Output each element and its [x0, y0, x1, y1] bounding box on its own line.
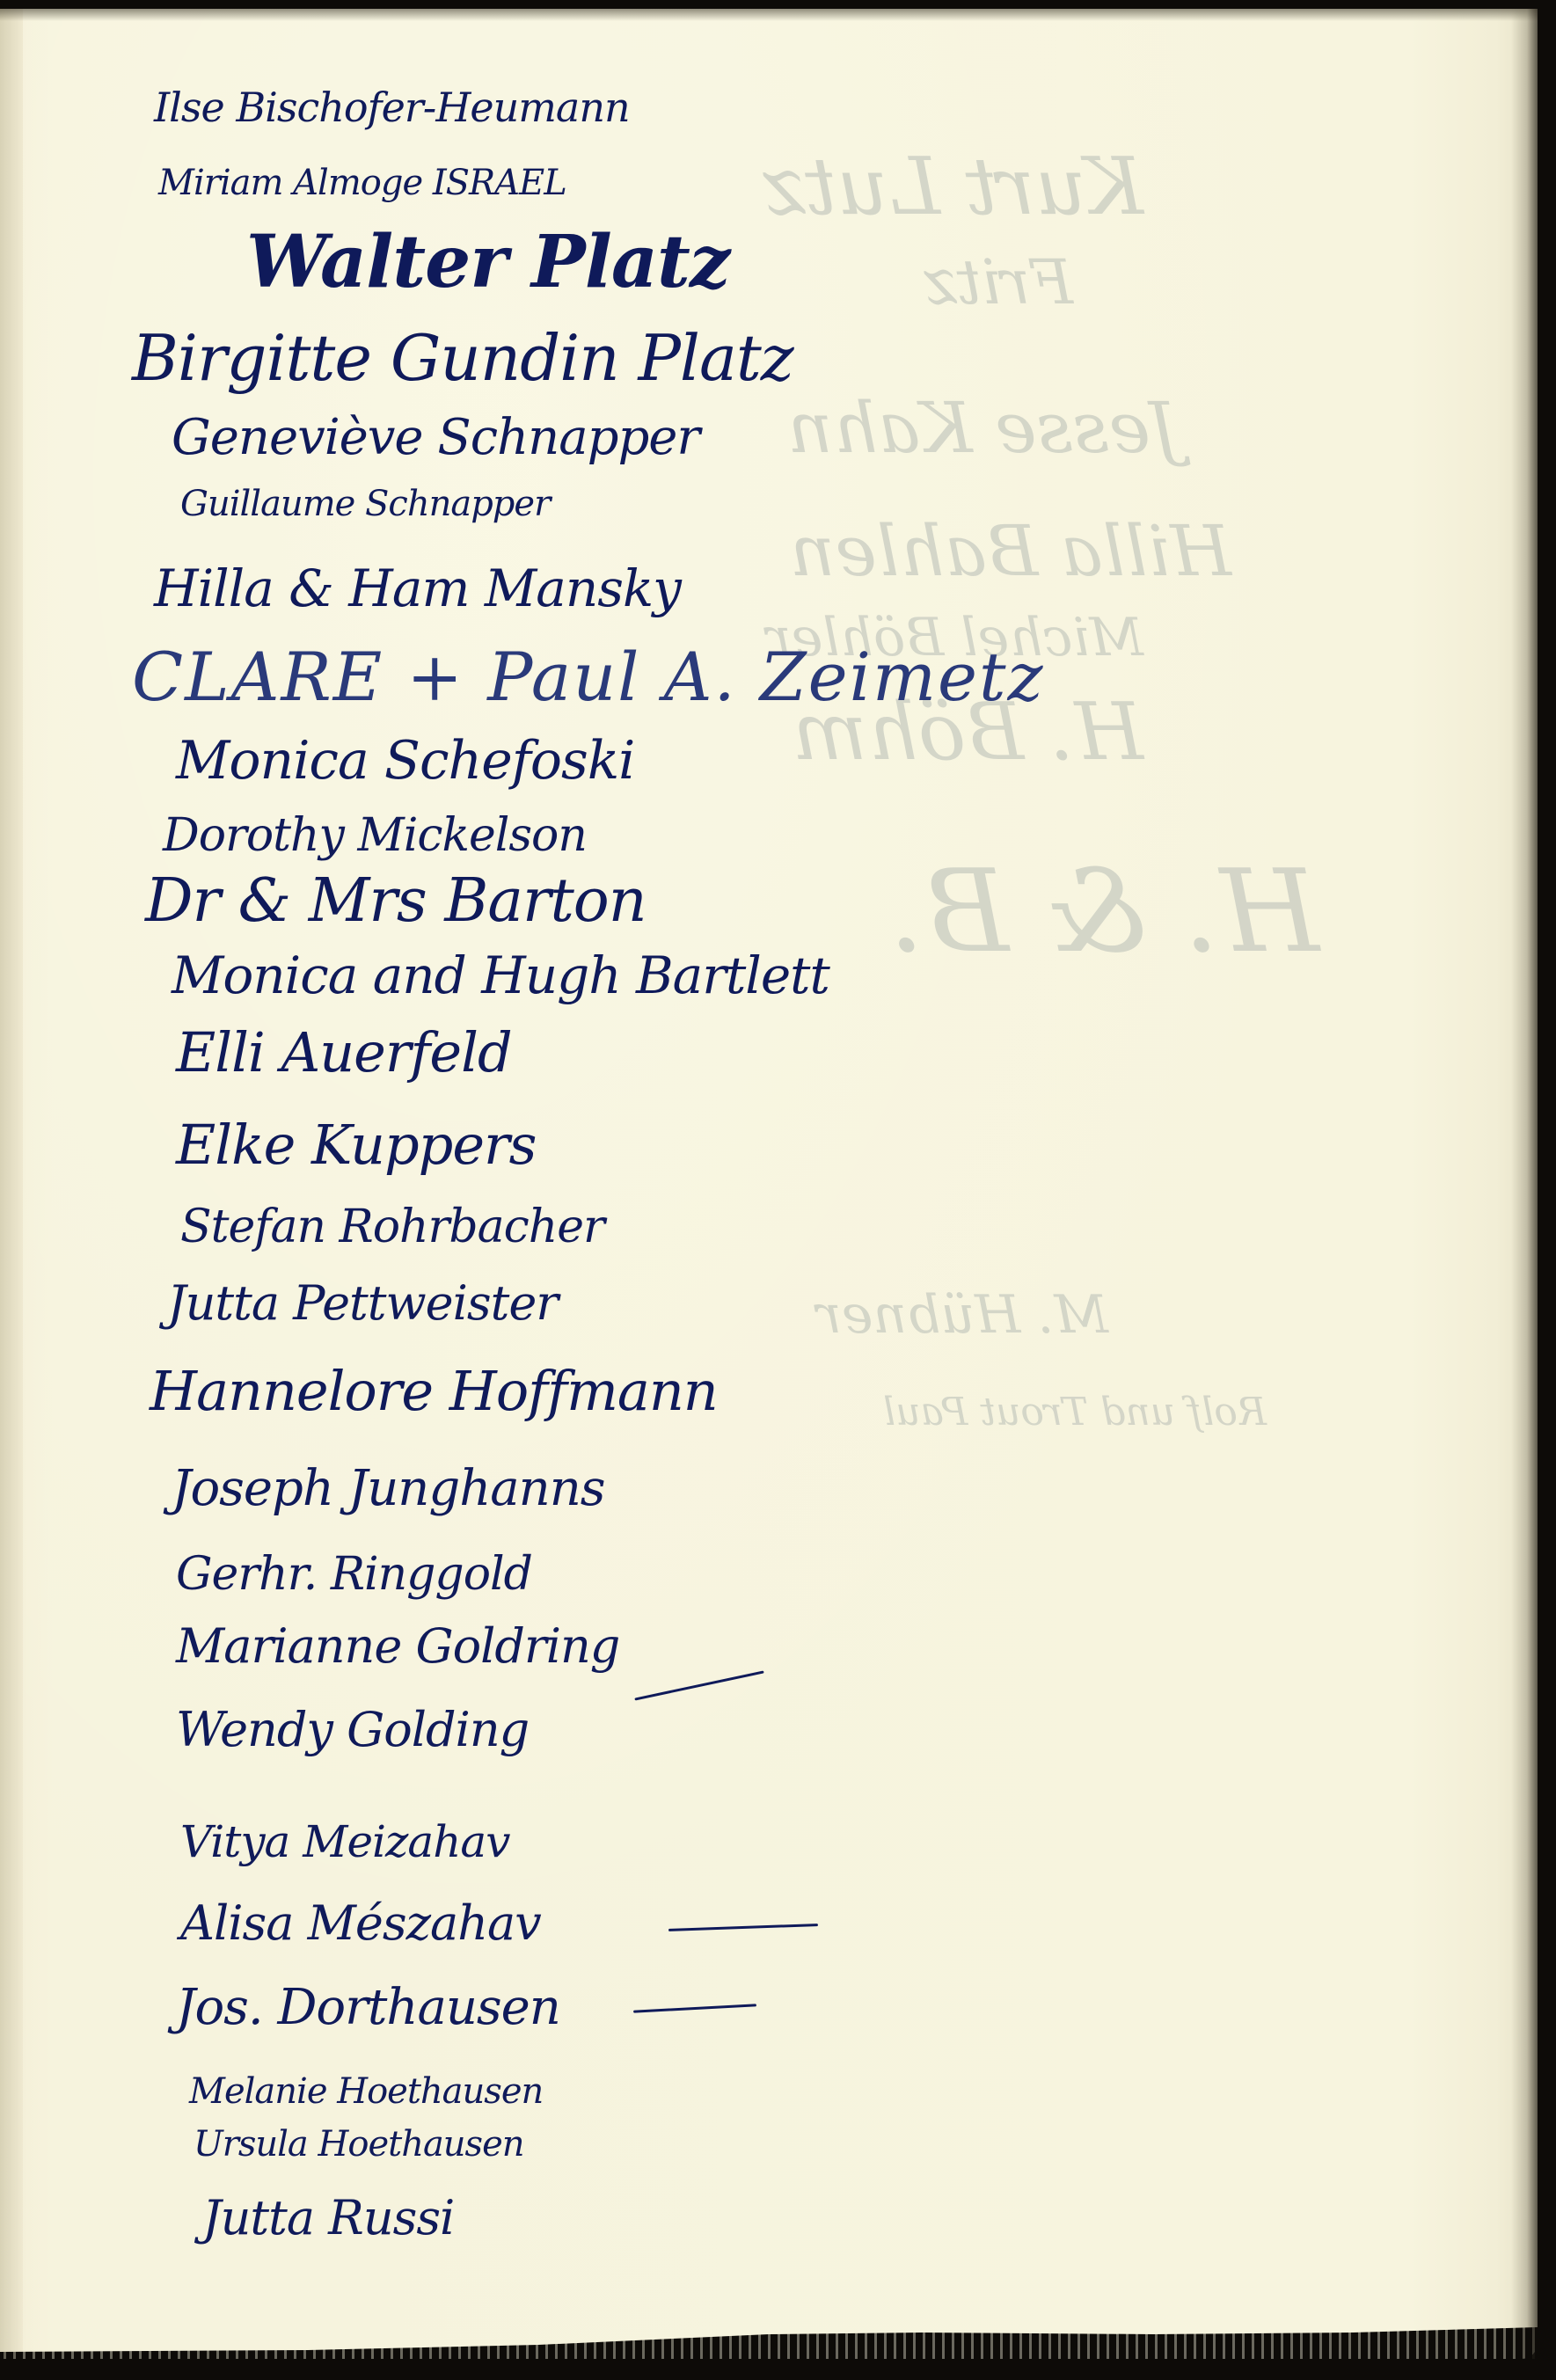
signature: Stefan Rohrbacher	[180, 1201, 604, 1253]
signature: CLARE + Paul A. Zeimetz	[132, 638, 1045, 716]
signature: Birgitte Gundin Platz	[132, 321, 793, 395]
signature: Jos. Dorthausen	[176, 1979, 560, 2036]
signature: Dr & Mrs Barton	[145, 866, 647, 936]
signature: Marianne Goldring	[176, 1618, 619, 1674]
signature: Elke Kuppers	[176, 1113, 536, 1177]
signature: Jutta Russi	[202, 2190, 454, 2245]
guestbook-page: Kurt Lutz Fritz Jesse Kahn Hilla Bahlen …	[0, 9, 1538, 2359]
signature: Alisa Mészahav	[180, 1895, 541, 1951]
signature: Monica Schefoski	[176, 730, 634, 792]
signature: Joseph Junghanns	[172, 1460, 605, 1517]
signature-list: Ilse Bischofer-Heumann Miriam Almoge ISR…	[0, 9, 1538, 2359]
signature-flourish	[633, 2004, 756, 2012]
signature: Dorothy Mickelson	[163, 809, 587, 862]
signature: Walter Platz	[246, 220, 729, 304]
signature: Gerhr. Ringgold	[176, 1548, 532, 1601]
signature: Elli Auerfeld	[176, 1020, 512, 1084]
signature: Ursula Hoethausen	[194, 2124, 524, 2165]
signature: Hilla & Ham Mansky	[154, 558, 681, 618]
signature: Wendy Golding	[176, 1702, 529, 1757]
signature: Jutta Pettweister	[167, 1275, 558, 1331]
signature-flourish	[668, 1924, 818, 1931]
signature: Ilse Bischofer-Heumann	[154, 84, 630, 131]
signature: Monica and Hugh Bartlett	[172, 945, 829, 1005]
signature-flourish	[634, 1670, 763, 1700]
signature: Melanie Hoethausen	[189, 2071, 543, 2112]
signature: Hannelore Hoffmann	[150, 1359, 718, 1423]
signature: Guillaume Schnapper	[180, 484, 550, 524]
signature: Miriam Almoge ISRAEL	[158, 163, 566, 203]
signature: Vitya Meizahav	[180, 1816, 509, 1867]
signature: Geneviève Schnapper	[172, 409, 699, 466]
